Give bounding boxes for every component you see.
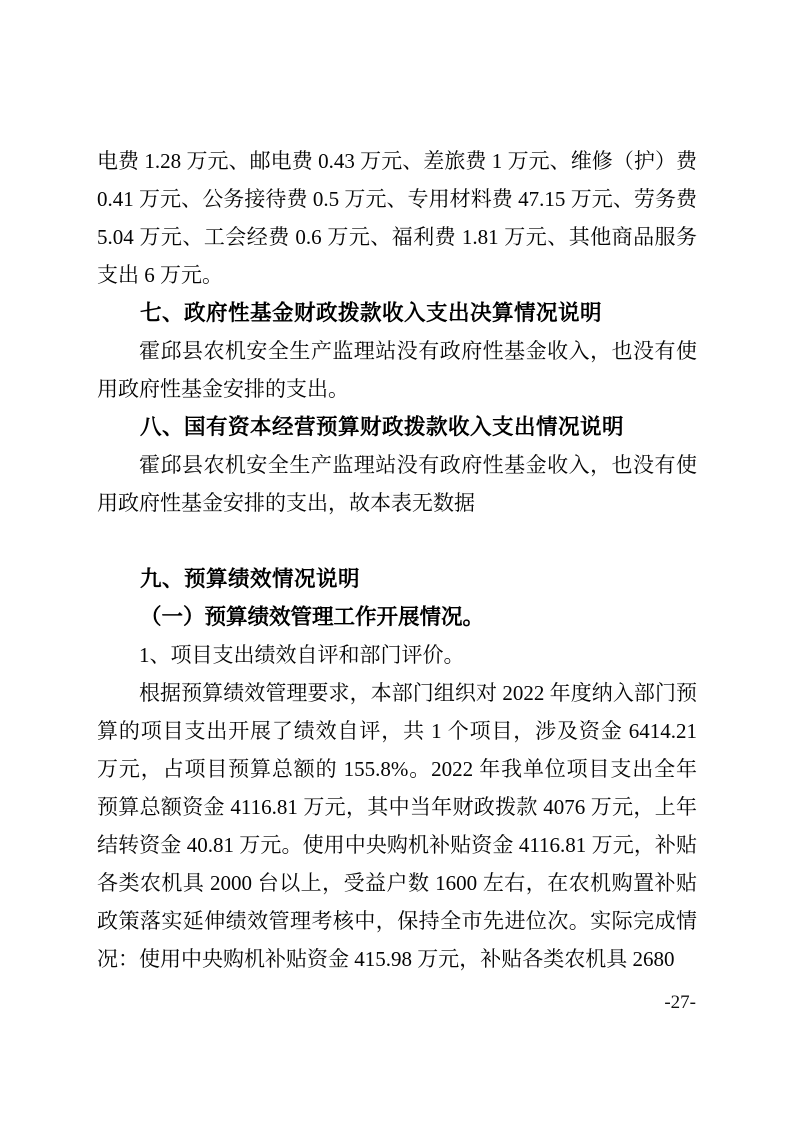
section-7-body: 霍邱县农机安全生产监理站没有政府性基金收入，也没有使用政府性基金安排的支出。	[97, 332, 697, 408]
blank-line	[97, 522, 697, 560]
document-page: 电费 1.28 万元、邮电费 0.43 万元、差旅费 1 万元、维修（护）费 0…	[0, 0, 793, 1122]
page-number: -27-	[664, 992, 696, 1014]
section-9-heading: 九、预算绩效情况说明	[97, 560, 697, 598]
section-9-body: 根据预算绩效管理要求，本部门组织对 2022 年度纳入部门预算的项目支出开展了绩…	[97, 674, 697, 978]
section-9-subheading: （一）预算绩效管理工作开展情况。	[97, 598, 697, 636]
paragraph-expense-continuation: 电费 1.28 万元、邮电费 0.43 万元、差旅费 1 万元、维修（护）费 0…	[97, 142, 697, 294]
section-8-body: 霍邱县农机安全生产监理站没有政府性基金收入，也没有使用政府性基金安排的支出，故本…	[97, 446, 697, 522]
section-8-heading: 八、国有资本经营预算财政拨款收入支出情况说明	[97, 408, 697, 446]
section-7-heading: 七、政府性基金财政拨款收入支出决算情况说明	[97, 294, 697, 332]
section-9-item-1: 1、项目支出绩效自评和部门评价。	[97, 636, 697, 674]
document-content: 电费 1.28 万元、邮电费 0.43 万元、差旅费 1 万元、维修（护）费 0…	[97, 142, 697, 978]
